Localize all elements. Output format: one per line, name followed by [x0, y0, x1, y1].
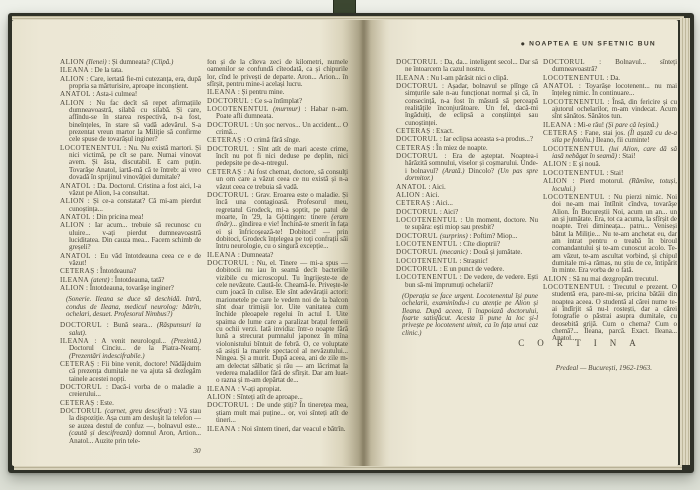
dialogue-line: DOCTORUL : Nu, el. Tinere — mi-a spus — … — [207, 260, 348, 385]
inline-direction: (murmur) — [273, 105, 300, 113]
dialogue-line: CETERAȘ : O crimă fără sînge. — [207, 137, 348, 144]
speaker-name: LOCOTENENTUL — [543, 169, 605, 177]
dialogue-line: DOCTORUL : Ce s-a întîmplat? — [207, 98, 348, 105]
speaker-name: ANATOL — [60, 213, 91, 221]
speaker-name: CETERAȘ — [396, 127, 431, 135]
right-page-column-1: DOCTORUL : Da, da... inteligent secol...… — [396, 59, 538, 461]
dialogue-line: ALION : Nu fac decît să repet afirmațiil… — [60, 100, 201, 144]
dialogue-line: CETERAȘ : Fane, stai jos. (Îl așază cu d… — [543, 130, 677, 145]
speaker-name: ILEANA — [60, 66, 89, 74]
speaker-name: ANATOL — [543, 82, 574, 90]
speaker-name: ALION — [60, 59, 84, 66]
dialogue-line: ALION (Ilenei) : Și dumneata? (Clipă.) — [60, 59, 201, 66]
speaker-name: DOCTORUL — [207, 191, 249, 199]
speaker-name: DOCTORUL — [207, 401, 249, 409]
speaker-name: ILEANA — [396, 74, 425, 82]
speaker-name: ALION — [60, 221, 84, 229]
running-header: ●NOAPTEA E UN SFETNIC BUN — [512, 39, 656, 48]
dialogue-line: ALION : Și ce-a constatat? Că mi-am pier… — [60, 198, 201, 213]
speaker-name: DOCTORUL — [396, 82, 438, 90]
dialogue-line: ANATOL : Da. Doctorul. Cristina a fost a… — [60, 183, 201, 198]
dialogue-line: ILEANA : Și pentru mine. — [207, 89, 348, 96]
speaker-name: LOCOTENENTUL — [396, 240, 458, 248]
dialogue-line: DOCTORUL : Iar eclipsa aceasta s-a produ… — [396, 136, 538, 143]
speaker-name: ILEANA — [207, 385, 236, 393]
speaker-name: LOCOTENENTUL — [60, 144, 122, 152]
speaker-name: DOCTORUL — [60, 383, 102, 391]
dialogue-line: DOCTORUL : Bună seara... (Răspunsuri la … — [60, 322, 201, 337]
speaker-name: CETERAȘ — [396, 144, 431, 152]
dialogue-line: LOCOTENENTUL : Nu pierzi nimic. Noi doi … — [543, 194, 677, 275]
dialogue-line: LOCOTENENTUL : Strașnic! — [396, 258, 538, 265]
bullet-icon: ● — [521, 39, 526, 48]
speaker-name: ANATOL — [60, 252, 91, 260]
dialogue-line: CETERAȘ : Este. — [60, 400, 201, 407]
speaker-name: ALION — [543, 160, 567, 168]
speaker-name: ILEANA — [207, 88, 236, 96]
dialogue-line: DOCTORUL : Da, da... inteligent secol...… — [396, 59, 538, 74]
speaker-name: CETERAȘ — [60, 267, 95, 275]
speaker-name: LOCOTENENTUL — [396, 273, 458, 281]
speaker-name: DOCTORUL — [396, 248, 438, 256]
speaker-name: LOCOTENENTUL — [543, 74, 605, 82]
dialogue-line: LOCOTENENTUL : De vedere, de vedere. Eșt… — [396, 274, 538, 289]
book-photo-scene: ALION (Ilenei) : Și dumneata? (Clipă.)IL… — [0, 0, 700, 490]
stage-direction: (Sonerie. Ileana se duce să deschidă. In… — [60, 296, 201, 318]
dialogue-line: LOCOTENENTUL : Cîte dioptrii? — [396, 241, 538, 248]
dialogue-line: ILEANA : Dumneata? — [207, 252, 348, 259]
dialogue-line: DOCTORUL : Un șoc nervos... Un accident.… — [207, 122, 348, 137]
speaker-name: DOCTORUL — [543, 59, 585, 66]
speaker-name: CETERAȘ — [207, 136, 242, 144]
dialogue-line: ANATOL : Din pricina mea! — [60, 214, 201, 221]
left-page-column-1: ALION (Ilenei) : Și dumneata? (Clipă.)IL… — [60, 59, 201, 461]
dialogue-line: DOCTORUL (mecanic) : Două și jumătate. — [396, 249, 538, 256]
dialogue-line: DOCTORUL : Dacă-i vorba de o maladie a c… — [60, 384, 201, 399]
speaker-name: DOCTORUL — [396, 232, 438, 240]
inline-direction: (mecanic) — [440, 248, 468, 256]
dialogue-line: ILEANA : Mi-e rău! (Și pare că leșină.) — [543, 122, 677, 129]
speaker-name: DOCTORUL — [60, 407, 102, 415]
dialogue-line: ILEANA : V-ați apropiat. — [207, 386, 348, 393]
dialogue-line: ILEANA (atent) : Întotdeauna, tată? — [60, 277, 201, 284]
speaker-name: DOCTORUL — [207, 97, 249, 105]
dialogue-line: ANATOL : Eu văd întotdeauna ceea ce e de… — [60, 253, 201, 268]
dialogue-line: DOCTORUL (surprins) : Poftim? Miop... — [396, 233, 538, 240]
dialogue-line: ALION : E și nouă. — [543, 161, 677, 168]
dialogue-line: DOCTORUL : Sînt atît de mari aceste crim… — [207, 146, 348, 168]
speaker-name: DOCTORUL — [207, 259, 249, 267]
curtain-closing-word: CORTINA — [470, 338, 684, 348]
dialogue-line: ALION : Care, iertată fie-mi cutezanța, … — [60, 76, 201, 91]
dialogue-line: ALION : Să nu mai dezgropăm trecutul. — [543, 276, 677, 283]
speaker-name: ANATOL — [396, 183, 427, 191]
dialogue-line: CETERAȘ : Aici... — [396, 200, 538, 207]
page-edges-right — [680, 18, 690, 465]
dialogue-line: ALION : Aici. — [396, 192, 538, 199]
speaker-name: ALION — [396, 191, 420, 199]
dialogue-line: ILEANA : Nu l-am părăsit nici o clipă. — [396, 75, 538, 82]
speaker-name: ALION — [60, 99, 84, 107]
open-book: ALION (Ilenei) : Și dumneata? (Clipă.)IL… — [8, 13, 694, 473]
speaker-name: LOCOTENENTUL — [543, 193, 605, 201]
speaker-name: DOCTORUL — [396, 135, 438, 143]
dialogue-line: ALION : Întotdeauna, tovarășe inginer? — [60, 285, 201, 292]
dialogue-line: ILEANA : A venit neurologul... (Prezintă… — [60, 338, 201, 360]
speaker-name: LOCOTENENTUL — [396, 216, 458, 224]
dialogue-line: ANATOL : Tovarășe locotenent... nu mai î… — [543, 83, 677, 98]
speaker-name: CETERAȘ — [60, 360, 95, 368]
speaker-name: ILEANA — [60, 337, 89, 345]
speaker-name: ALION — [60, 197, 84, 205]
dialogue-line: DOCTORUL (carnet, greu descifrat) : Vă s… — [60, 408, 201, 445]
dateline: Predeal — București, 1962-1963. — [462, 364, 652, 372]
dialogue-line: DOCTORUL : Așadar, bolnavul se plînge că… — [396, 83, 538, 127]
dialogue-line: DOCTORUL : E un punct de vedere. — [396, 266, 538, 273]
speaker-name: DOCTORUL — [207, 121, 249, 129]
dialogue-line: LOCOTENENTUL : Un moment, doctore. Nu te… — [396, 217, 538, 232]
speaker-name: ANATOL — [60, 90, 91, 98]
speaker-name: LOCOTENENTUL — [207, 105, 269, 113]
speaker-name: LOCOTENENTUL — [543, 98, 605, 106]
dialogue-line: CETERAȘ : Întotdeauna? — [60, 268, 201, 275]
speaker-name: ILEANA — [60, 276, 89, 284]
dialogue-line: LOCOTENENTUL : Stai! — [543, 170, 677, 177]
dialogue-line: LOCOTENENTUL : Trecutul e prezent. O stu… — [543, 284, 677, 343]
dialogue-line: DOCTORUL : Era de așteptat. Noaptea-i hă… — [396, 153, 538, 182]
dialogue-line: CETERAȘ : Fii bine venit, doctore! Nădăj… — [60, 361, 201, 383]
speaker-name: DOCTORUL — [396, 152, 438, 160]
speaker-name: DOCTORUL — [207, 145, 249, 153]
dialogue-line: DOCTORUL : De unde știți? În tinerețea m… — [207, 402, 348, 424]
dialogue-line: ALION : Sînteți atît de aproape... — [207, 394, 348, 401]
dialogue-line: CETERAȘ : În miez de noapte. — [396, 145, 538, 152]
speaker-name: LOCOTENENTUL — [543, 283, 605, 291]
inline-direction: (atent) — [91, 276, 110, 284]
dialogue-line: ANATOL : Asta-i culmea! — [60, 91, 201, 98]
dialogue-line: ILEANA : De la tata. — [60, 67, 201, 74]
dialogue-line: LOCOTENENTUL : Nu. Nu există martori. Și… — [60, 145, 201, 182]
speaker-name: CETERAȘ — [396, 199, 431, 207]
speaker-name: DOCTORUL — [396, 59, 438, 66]
dialogue-line: DOCTORUL : Bolnavul... sînteți dumneavoa… — [543, 59, 677, 74]
speaker-name: LOCOTENENTUL — [396, 257, 458, 265]
speaker-name: DOCTORUL — [396, 265, 438, 273]
dialogue-line: LOCOTENENTUL : Însă, din fericire și cu … — [543, 99, 677, 121]
dialogue-line: DOCTORUL : Aici? — [396, 209, 538, 216]
page-spread: ALION (Ilenei) : Și dumneata? (Clipă.)IL… — [12, 20, 678, 466]
dialogue-line: CETERAȘ : Exact. — [396, 128, 538, 135]
left-page: ALION (Ilenei) : Și dumneata? (Clipă.)IL… — [12, 20, 362, 466]
dialogue-line: ALION : Pierd motorul. (Rămîne, totuși, … — [543, 178, 677, 193]
dialogue-line: CETERAȘ : Ai fost chemat, doctore, să co… — [207, 169, 348, 191]
speaker-name: ILEANA — [543, 121, 572, 129]
right-page-column-2: DOCTORUL : Bolnavul... sînteți dumneavoa… — [543, 59, 677, 461]
speaker-name: ALION — [60, 75, 84, 83]
speaker-name: ALION — [207, 393, 231, 401]
page-number: 30 — [162, 447, 232, 455]
left-page-column-2: fon și de la cîteva zeci de kilometri, n… — [207, 59, 348, 461]
right-page: ●NOAPTEA E UN SFETNIC BUN DOCTORUL : Da,… — [362, 20, 678, 466]
speaker-name: DOCTORUL — [396, 208, 438, 216]
dialogue-line: ALION : Iar acum... trebuie să recunosc … — [60, 222, 201, 251]
dialogue-line: LOCOTENENTUL (lui Alion, care dă să iasă… — [543, 146, 677, 161]
dialogue-line: ILEANA : Noi sîntem tineri, dar veacul e… — [207, 426, 348, 433]
inline-direction: (Ilenei) — [86, 59, 106, 66]
stage-direction: (Operația se face urgent. Locotenentul î… — [396, 293, 538, 337]
inline-direction: (surprins) — [440, 232, 468, 240]
speaker-name: CETERAȘ — [207, 168, 242, 176]
speaker-name: ANATOL — [60, 182, 91, 190]
speaker-name: ALION — [543, 275, 567, 283]
inline-direction: (carnet, greu descifrat) — [105, 407, 172, 415]
speaker-name: CETERAȘ — [60, 399, 95, 407]
speaker-name: ILEANA — [207, 251, 236, 259]
running-header-title: NOAPTEA E UN SFETNIC BUN — [529, 41, 656, 48]
dialogue-line: DOCTORUL : Grav. Eroarea este o maladie.… — [207, 192, 348, 251]
dialogue-line: ANATOL : Aici. — [396, 184, 538, 191]
dialogue-line: LOCOTENENTUL : Da. — [543, 75, 677, 82]
dialogue-line: LOCOTENENTUL (murmur) : Habar n-am. Poat… — [207, 106, 348, 121]
dialogue-continuation: fon și de la cîteva zeci de kilometri, n… — [207, 59, 348, 88]
speaker-name: ALION — [60, 284, 84, 292]
speaker-name: ILEANA — [207, 425, 236, 433]
